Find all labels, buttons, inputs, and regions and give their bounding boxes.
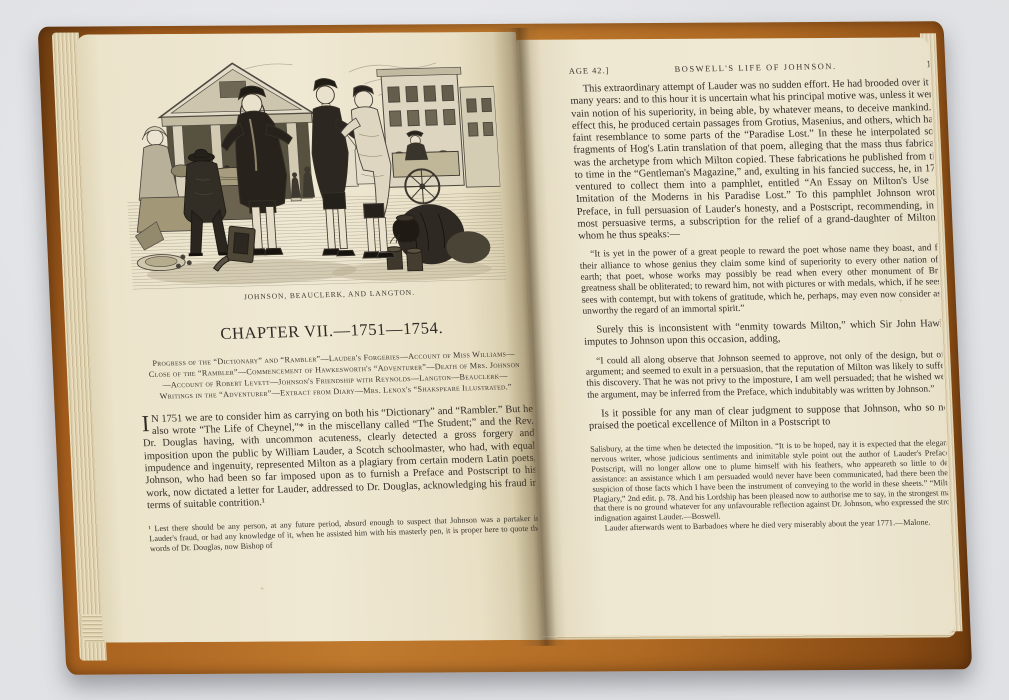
running-header: AGE 42.] BOSWELL'S LIFE OF JOHNSON. 127 xyxy=(569,59,943,77)
foxing-spot xyxy=(457,100,460,103)
open-book: JOHNSON, BEAUCLERK, AND LANGTON. CHAPTER… xyxy=(0,0,1009,700)
engraving-johnson-beauclerk-langton xyxy=(118,50,507,290)
left-page: JOHNSON, BEAUCLERK, AND LANGTON. CHAPTER… xyxy=(76,32,543,643)
left-page-content: JOHNSON, BEAUCLERK, AND LANGTON. CHAPTER… xyxy=(118,50,542,554)
running-head-age: AGE 42.] xyxy=(569,66,641,76)
chapter-heading: CHAPTER VII.—1751—1754. xyxy=(135,316,528,347)
foxing-spot xyxy=(632,121,634,123)
foxing-spot xyxy=(261,588,264,590)
left-body-text: N 1751 we are to consider him as carryin… xyxy=(143,404,538,511)
chapter-summary: Progress of the “Dictionary” and “Ramble… xyxy=(138,349,532,404)
block-quote-hawkins: “I could all along observe that Johnson … xyxy=(585,350,955,402)
left-footnote: ¹ Lest there should be any person, at an… xyxy=(148,514,541,554)
running-head-title: BOSWELL'S LIFE OF JOHNSON. xyxy=(640,61,870,74)
paragraph-surely-inconsistent: Surely this is inconsistent with “enmity… xyxy=(583,318,954,349)
right-footnote: Salisbury, at the time when he detected … xyxy=(590,438,955,533)
block-quote-great-people: “It is yet in the power of a great peopl… xyxy=(579,243,955,318)
right-page-content: AGE 42.] BOSWELL'S LIFE OF JOHNSON. 127 … xyxy=(569,59,955,534)
foxing-spot xyxy=(900,300,902,302)
right-page: AGE 42.] BOSWELL'S LIFE OF JOHNSON. 127 … xyxy=(516,37,954,636)
footnote-continuation: Salisbury, at the time when he detected … xyxy=(590,438,955,524)
left-body-paragraph: IN 1751 we are to consider him as carryi… xyxy=(141,404,539,513)
illustration-plate xyxy=(118,50,507,290)
paragraph-lauder-attempt: This extraordinary attempt of Lauder was… xyxy=(570,77,953,243)
photo-background: JOHNSON, BEAUCLERK, AND LANGTON. CHAPTER… xyxy=(0,0,1009,700)
paragraph-is-it-possible: Is it possible for any man of clear judg… xyxy=(588,402,955,433)
